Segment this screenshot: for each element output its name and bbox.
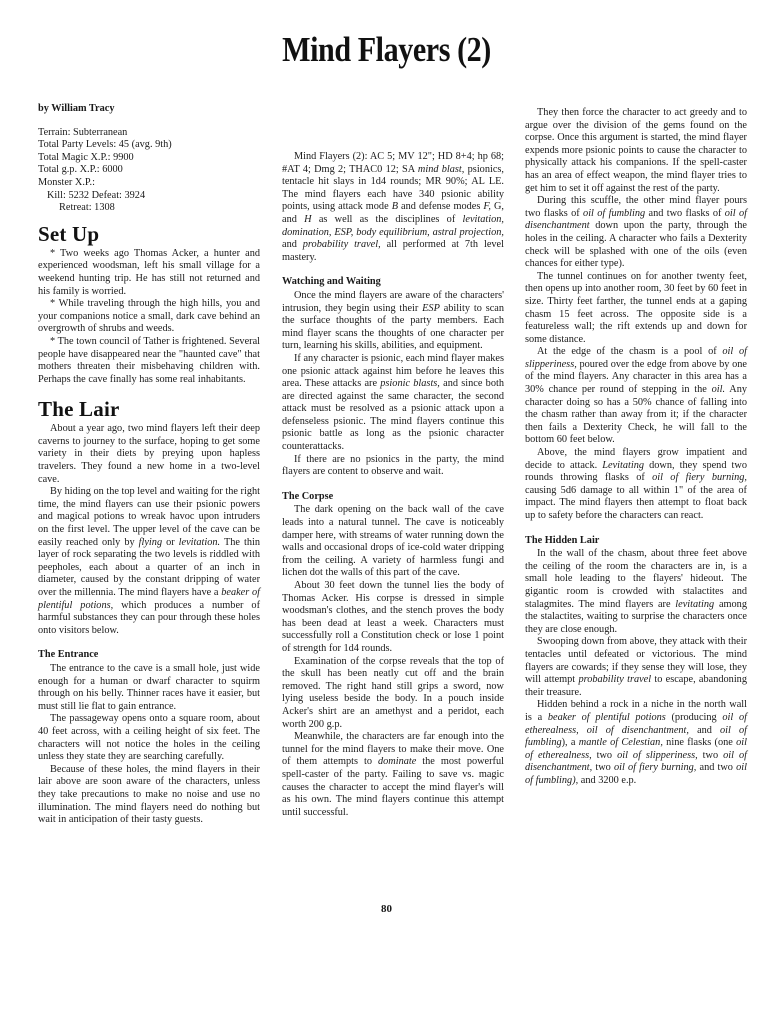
column-right: They then force the character to act gre… bbox=[525, 107, 747, 787]
watching-paragraph: Once the mind flayers are aware of the c… bbox=[282, 290, 504, 353]
statblock-paragraph: Mind Flayers (2): AC 5; MV 12"; HD 8+4; … bbox=[282, 151, 504, 264]
hidden-lair-paragraph: Swooping down from above, they attack wi… bbox=[525, 636, 747, 699]
stat-party-levels: Total Party Levels: 45 (avg. 9th) bbox=[38, 139, 260, 152]
corpse-paragraph: The tunnel continues on for another twen… bbox=[525, 271, 747, 347]
entrance-paragraph: The entrance to the cave is a small hole… bbox=[38, 663, 260, 713]
corpse-paragraph: Meanwhile, the characters are far enough… bbox=[282, 731, 504, 819]
corpse-paragraph: At the edge of the chasm is a pool of oi… bbox=[525, 346, 747, 447]
corpse-paragraph: They then force the character to act gre… bbox=[525, 107, 747, 195]
hidden-lair-paragraph: Hidden behind a rock in a niche in the n… bbox=[525, 699, 747, 787]
setup-paragraph: * Two weeks ago Thomas Acker, a hunter a… bbox=[38, 248, 260, 298]
setup-paragraph: * The town council of Tather is frighten… bbox=[38, 336, 260, 386]
adventure-stats: Terrain: Subterranean Total Party Levels… bbox=[38, 127, 260, 215]
entrance-paragraph: The passageway opens onto a square room,… bbox=[38, 713, 260, 763]
stat-terrain: Terrain: Subterranean bbox=[38, 127, 260, 140]
stat-kill-defeat: Kill: 5232 Defeat: 3924 bbox=[38, 190, 260, 203]
corpse-paragraph: About 30 feet down the tunnel lies the b… bbox=[282, 580, 504, 656]
page-title: Mind Flayers (2) bbox=[54, 30, 719, 70]
entrance-paragraph: Because of these holes, the mind flayers… bbox=[38, 764, 260, 827]
section-heading-hidden-lair: The Hidden Lair bbox=[525, 535, 747, 548]
stat-monster-xp: Monster X.P.: bbox=[38, 177, 260, 190]
corpse-paragraph: The dark opening on the back wall of the… bbox=[282, 504, 504, 580]
column-middle: Mind Flayers (2): AC 5; MV 12"; HD 8+4; … bbox=[282, 101, 504, 819]
stat-gp-xp: Total g.p. X.P.: 6000 bbox=[38, 164, 260, 177]
lair-paragraph: By hiding on the top level and waiting f… bbox=[38, 486, 260, 637]
watching-paragraph: If there are no psionics in the party, t… bbox=[282, 454, 504, 479]
corpse-paragraph: During this scuffle, the other mind flay… bbox=[525, 195, 747, 271]
hidden-lair-paragraph: In the wall of the chasm, about three fe… bbox=[525, 548, 747, 636]
section-heading-lair: The Lair bbox=[38, 398, 260, 420]
section-heading-setup: Set Up bbox=[38, 223, 260, 245]
lair-paragraph: About a year ago, two mind flayers left … bbox=[38, 423, 260, 486]
setup-paragraph: * While traveling through the high hills… bbox=[38, 298, 260, 336]
section-heading-entrance: The Entrance bbox=[38, 649, 260, 662]
page-number: 80 bbox=[0, 903, 773, 915]
corpse-paragraph: Above, the mind flayers grow impatient a… bbox=[525, 447, 747, 523]
stat-magic-xp: Total Magic X.P.: 9900 bbox=[38, 152, 260, 165]
stat-retreat: Retreat: 1308 bbox=[38, 202, 260, 215]
corpse-paragraph: Examination of the corpse reveals that t… bbox=[282, 656, 504, 732]
watching-paragraph: If any character is psionic, each mind f… bbox=[282, 353, 504, 454]
section-heading-watching: Watching and Waiting bbox=[282, 276, 504, 289]
column-left: by William Tracy Terrain: Subterranean T… bbox=[38, 103, 260, 827]
section-heading-corpse: The Corpse bbox=[282, 491, 504, 504]
byline: by William Tracy bbox=[38, 103, 260, 116]
